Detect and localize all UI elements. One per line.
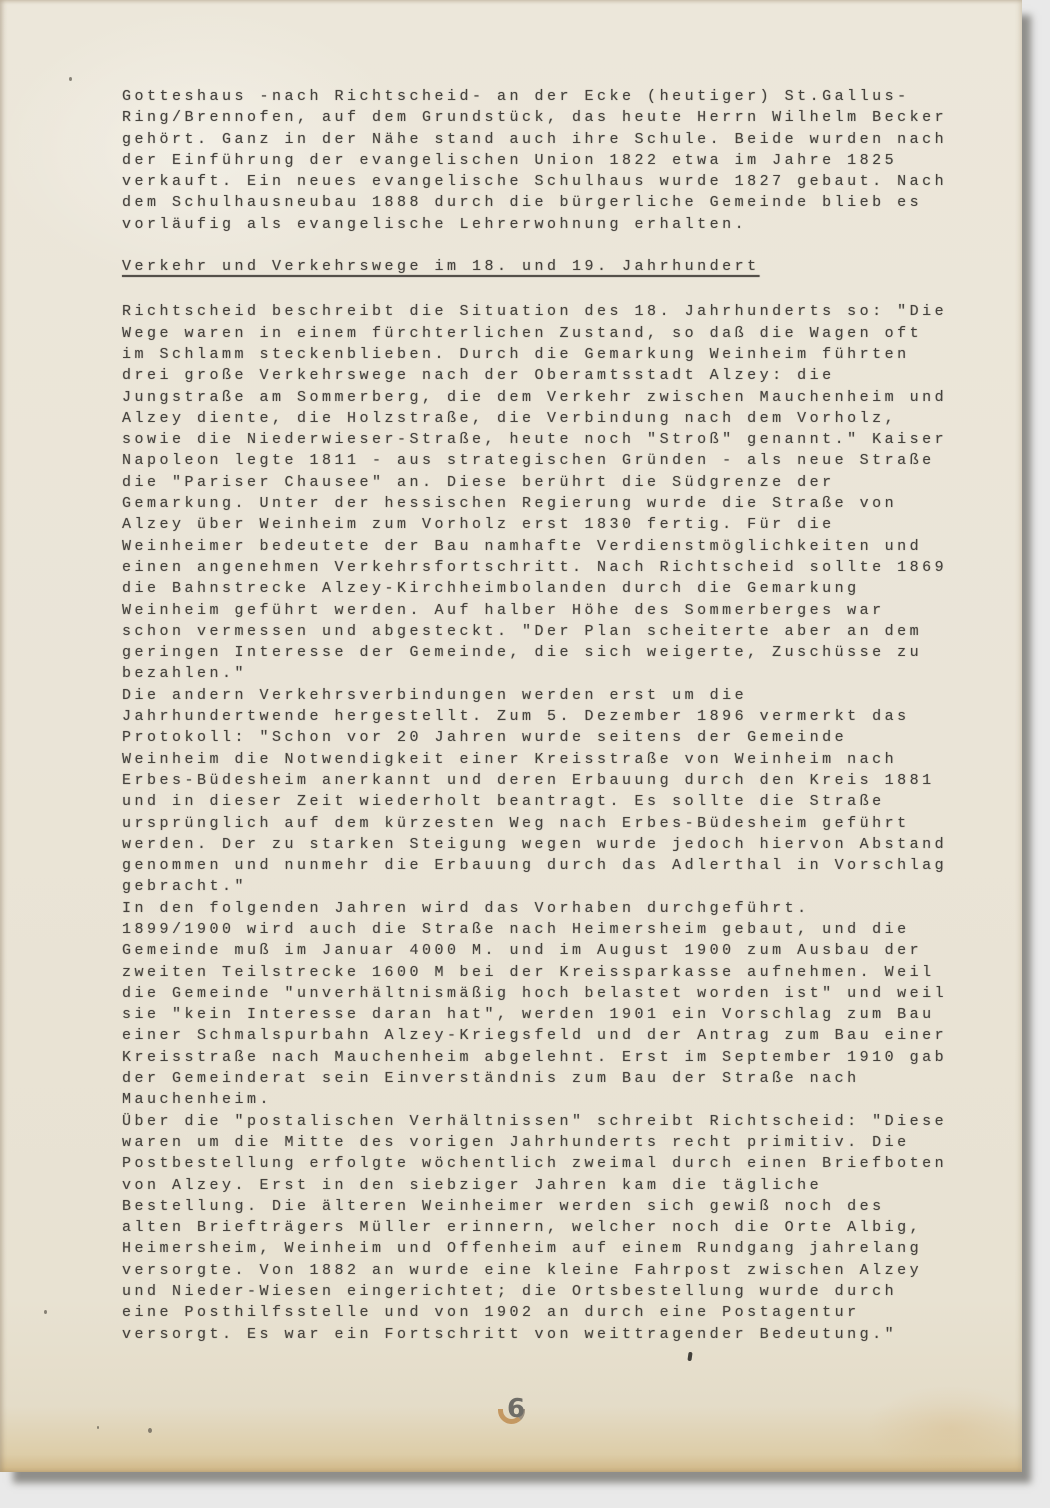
text-line: ursprünglich auf dem kürzesten Weg nach … (122, 813, 967, 834)
section-heading: Verkehr und Verkehrswege im 18. und 19. … (122, 256, 967, 277)
text-line: Jungstraße am Sommerberg, die dem Verkeh… (122, 387, 967, 408)
dust-speck (69, 77, 72, 81)
text-line: und Nieder-Wiesen eingerichtet; die Orts… (122, 1281, 967, 1302)
text-line: die Bahnstrecke Alzey-Kirchheimbolanden … (122, 578, 967, 599)
text-line: und in dieser Zeit wiederholt beantragt.… (122, 791, 967, 812)
text-line: Bestellung. Die älteren Weinheimer werde… (122, 1196, 967, 1217)
text-line: Weinheim geführt werden. Auf halber Höhe… (122, 600, 967, 621)
text-line: Wege waren in einem fürchterlichen Zusta… (122, 323, 967, 344)
page-number-badge: 6 (497, 1396, 539, 1434)
text-line: zweiten Teilstrecke 1600 M bei der Kreis… (122, 962, 967, 983)
dust-speck (97, 1426, 99, 1429)
text-line: Heimersheim, Weinheim und Offenheim auf … (122, 1238, 967, 1259)
intro-paragraph: Gotteshaus -nach Richtscheid- an der Eck… (122, 86, 967, 235)
text-line: Kreisstraße nach Mauchenheim abgelehnt. … (122, 1047, 967, 1068)
text-line: Jahrhundertwende hergestellt. Zum 5. Dez… (122, 706, 967, 727)
text-line: In den folgenden Jahren wird das Vorhabe… (122, 898, 967, 919)
text-line: 1899/1900 wird auch die Straße nach Heim… (122, 919, 967, 940)
text-line: die Gemeinde "unverhältnismäßig hoch bel… (122, 983, 967, 1004)
text-line: Alzey über Weinheim zum Vorholz erst 183… (122, 514, 967, 535)
text-line: verkauft. Ein neues evangelische Schulha… (122, 171, 967, 192)
text-line: bezahlen." (122, 663, 967, 684)
text-line: eine Posthilfsstelle und von 1902 an dur… (122, 1302, 967, 1323)
text-line: waren um die Mitte des vorigen Jahrhunde… (122, 1132, 967, 1153)
text-line: genommen und nunmehr die Erbauung durch … (122, 855, 967, 876)
text-line: vorläufig als evangelische Lehrerwohnung… (122, 214, 967, 235)
text-line: im Schlamm steckenblieben. Durch die Gem… (122, 344, 967, 365)
text-line: Die andern Verkehrsverbindungen werden e… (122, 685, 967, 706)
dust-speck (44, 1310, 47, 1314)
text-line: drei große Verkehrswege nach der Oberamt… (122, 365, 967, 386)
text-line: Mauchenheim. (122, 1089, 967, 1110)
text-line: der Einführung der evangelischen Union 1… (122, 150, 967, 171)
text-line: alten Briefträgers Müller erinnern, welc… (122, 1217, 967, 1238)
text-line: Napoleon legte 1811 - aus strategischen … (122, 450, 967, 471)
text-line: Gemarkung. Unter der hessischen Regierun… (122, 493, 967, 514)
text-line: gehört. Ganz in der Nähe stand auch ihre… (122, 129, 967, 150)
text-line: Weinheim die Notwendigkeit einer Kreisst… (122, 749, 967, 770)
text-line: von Alzey. Erst in den siebziger Jahren … (122, 1175, 967, 1196)
text-line: geringen Interesse der Gemeinde, die sic… (122, 642, 967, 663)
text-column: Gotteshaus -nach Richtscheid- an der Eck… (122, 86, 967, 1345)
text-line: Gemeinde muß im Januar 4000 M. und im Au… (122, 940, 967, 961)
text-line: versorgte. Von 1882 an wurde eine kleine… (122, 1260, 967, 1281)
text-line: der Gemeinderat sein Einverständnis zum … (122, 1068, 967, 1089)
text-line: Alzey diente, die Holzstraße, die Verbin… (122, 408, 967, 429)
text-line: Ring/Brennofen, auf dem Grundstück, das … (122, 107, 967, 128)
page-number: 6 (507, 1394, 525, 1424)
text-line: Gotteshaus -nach Richtscheid- an der Eck… (122, 86, 967, 107)
text-line: schon vermessen und abgesteckt. "Der Pla… (122, 621, 967, 642)
dust-speck (148, 1428, 152, 1433)
text-line: die "Pariser Chausee" an. Diese berührt … (122, 472, 967, 493)
text-line: gebracht." (122, 876, 967, 897)
text-line: werden. Der zu starken Steigung wegen wu… (122, 834, 967, 855)
body-paragraph: Richtscheid beschreibt die Situation des… (122, 301, 967, 1345)
text-line: Postbestellung erfolgte wöchentlich zwei… (122, 1153, 967, 1174)
text-line: versorgt. Es war ein Fortschritt von wei… (122, 1324, 967, 1345)
stray-ink-mark (687, 1352, 692, 1361)
text-line: Weinheimer bedeutete der Bau namhafte Ve… (122, 536, 967, 557)
text-line: Protokoll: "Schon vor 20 Jahren wurde se… (122, 727, 967, 748)
text-line: einer Schmalspurbahn Alzey-Kriegsfeld un… (122, 1025, 967, 1046)
scan-background: { "document": { "intro_paragraph": { "li… (0, 0, 1050, 1508)
text-line: dem Schulhausneubau 1888 durch die bürge… (122, 192, 967, 213)
scanned-page: Gotteshaus -nach Richtscheid- an der Eck… (0, 0, 1022, 1472)
text-line: einen angenehmen Verkehrsfortschritt. Na… (122, 557, 967, 578)
text-line: sie "kein Interesse daran hat", werden 1… (122, 1004, 967, 1025)
text-line: Richtscheid beschreibt die Situation des… (122, 301, 967, 322)
text-line: sowie die Niederwieser-Straße, heute noc… (122, 429, 967, 450)
text-line: Erbes-Büdesheim anerkannt und deren Erba… (122, 770, 967, 791)
text-line: Über die "postalischen Verhältnissen" sc… (122, 1111, 967, 1132)
